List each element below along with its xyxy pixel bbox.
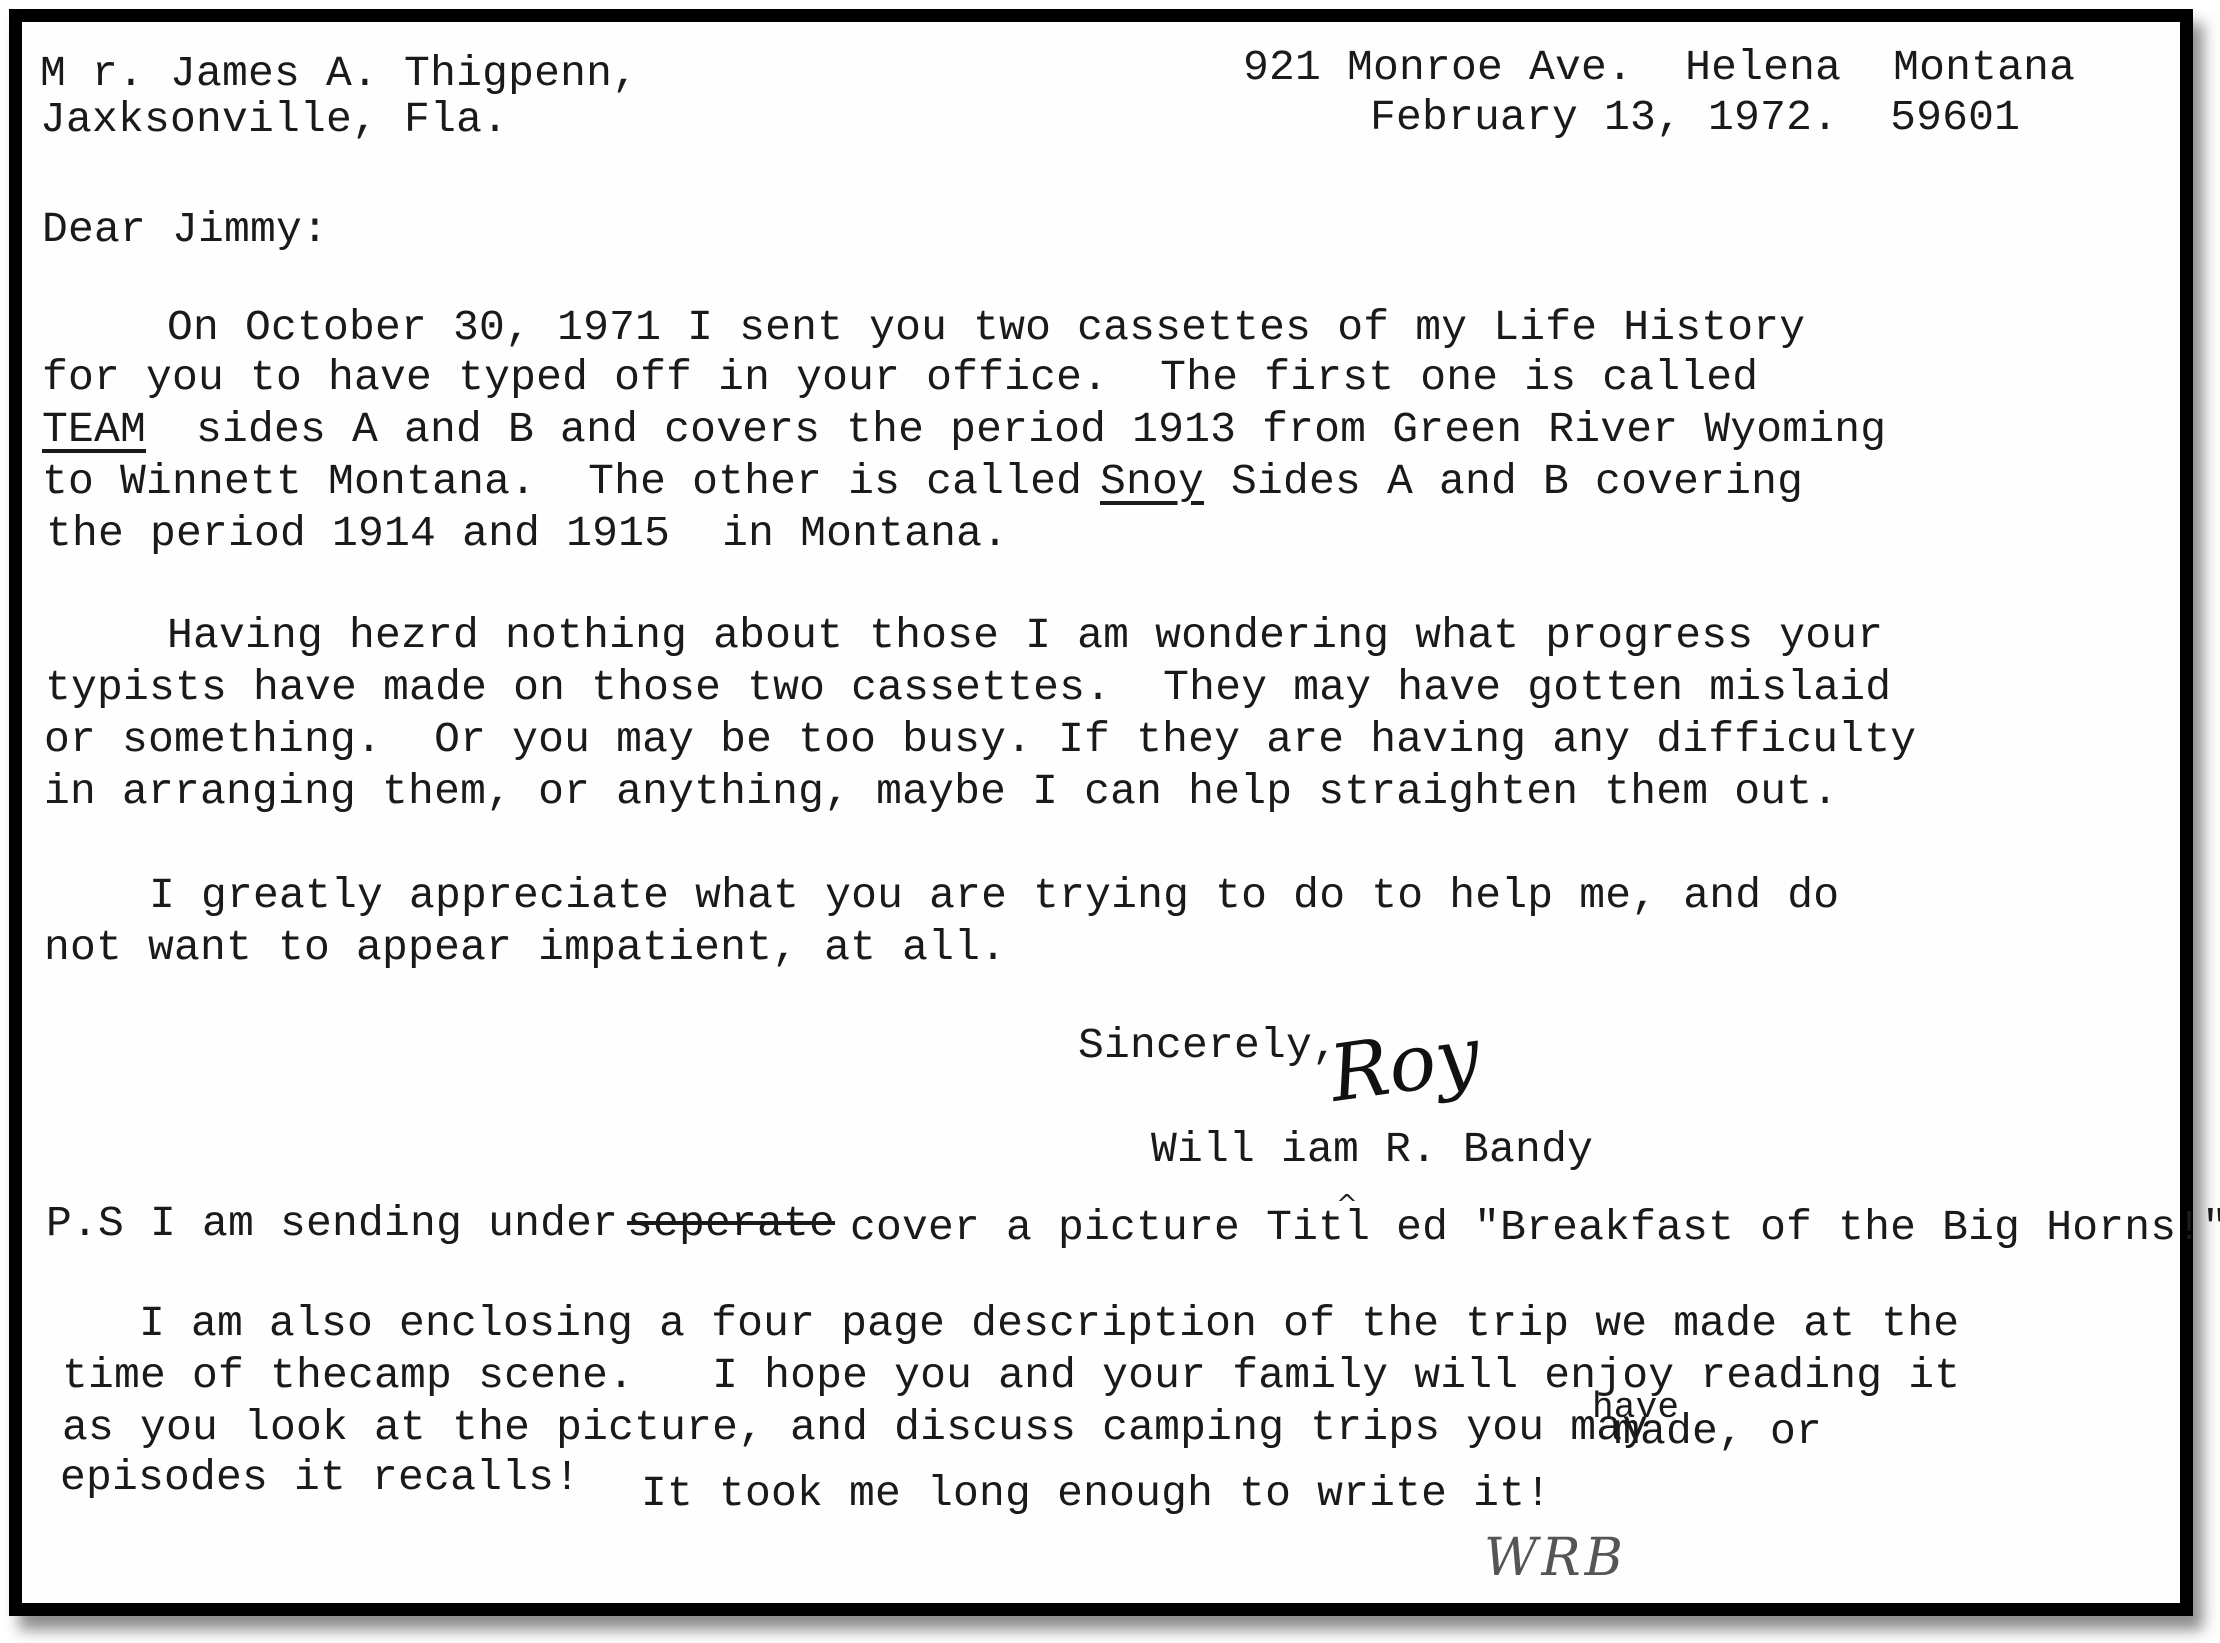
paragraph1-line: Sides A and B covering bbox=[1231, 460, 1803, 503]
closing: Sincerely, bbox=[1078, 1024, 1338, 1067]
paragraph3-line: not want to appear impatient, at all. bbox=[44, 926, 1006, 969]
insert-caret: ^ bbox=[1336, 1190, 1358, 1220]
paragraph2-line: in arranging them, or anything, maybe I … bbox=[44, 770, 1838, 813]
recipient-name: M r. James A. Thigpenn, bbox=[40, 52, 638, 95]
paragraph1-line: On October 30, 1971 I sent you two casse… bbox=[167, 306, 1805, 349]
paragraph4-line: made, or bbox=[1614, 1410, 1822, 1453]
sender-street: 921 Monroe Ave. Helena Montana bbox=[1243, 46, 2075, 89]
initials: WRB bbox=[1484, 1528, 1627, 1588]
afterthought: It took me long enough to write it! bbox=[641, 1472, 1551, 1515]
salutation: Dear Jimmy: bbox=[42, 208, 328, 251]
typed-name: Will iam R. Bandy bbox=[1151, 1128, 1593, 1171]
title-team: TEAM bbox=[42, 408, 146, 451]
paragraph4-line: episodes it recalls! bbox=[60, 1456, 580, 1499]
paragraph2-line: or something. Or you may be too busy. If… bbox=[44, 718, 1916, 761]
recipient-city: Jaxksonville, Fla. bbox=[40, 98, 508, 141]
paragraph4-line: I am also enclosing a four page descript… bbox=[139, 1302, 1959, 1345]
paragraph2-line: typists have made on those two cassettes… bbox=[45, 666, 1891, 709]
paragraph1-line: for you to have typed off in your office… bbox=[42, 356, 1758, 399]
paragraph1-line: the period 1914 and 1915 in Montana. bbox=[46, 512, 1008, 555]
postscript-struck-word: seperate bbox=[627, 1202, 835, 1245]
paragraph1-line: sides A and B and covers the period 1913… bbox=[196, 408, 1886, 451]
postscript-prefix: P.S I am sending under bbox=[46, 1202, 618, 1245]
paragraph4-line: as you look at the picture, and discuss … bbox=[62, 1406, 1648, 1449]
paragraph2-line: Having hezrd nothing about those I am wo… bbox=[167, 614, 1883, 657]
paragraph3-line: I greatly appreciate what you are trying… bbox=[149, 874, 1839, 917]
title-snoy: Snoy bbox=[1100, 460, 1204, 503]
letter-date: February 13, 1972. 59601 bbox=[1370, 96, 2020, 139]
postscript-suffix: cover a picture Titl ed "Breakfast of th… bbox=[850, 1206, 2220, 1249]
paragraph1-line: to Winnett Montana. The other is called bbox=[42, 460, 1082, 503]
